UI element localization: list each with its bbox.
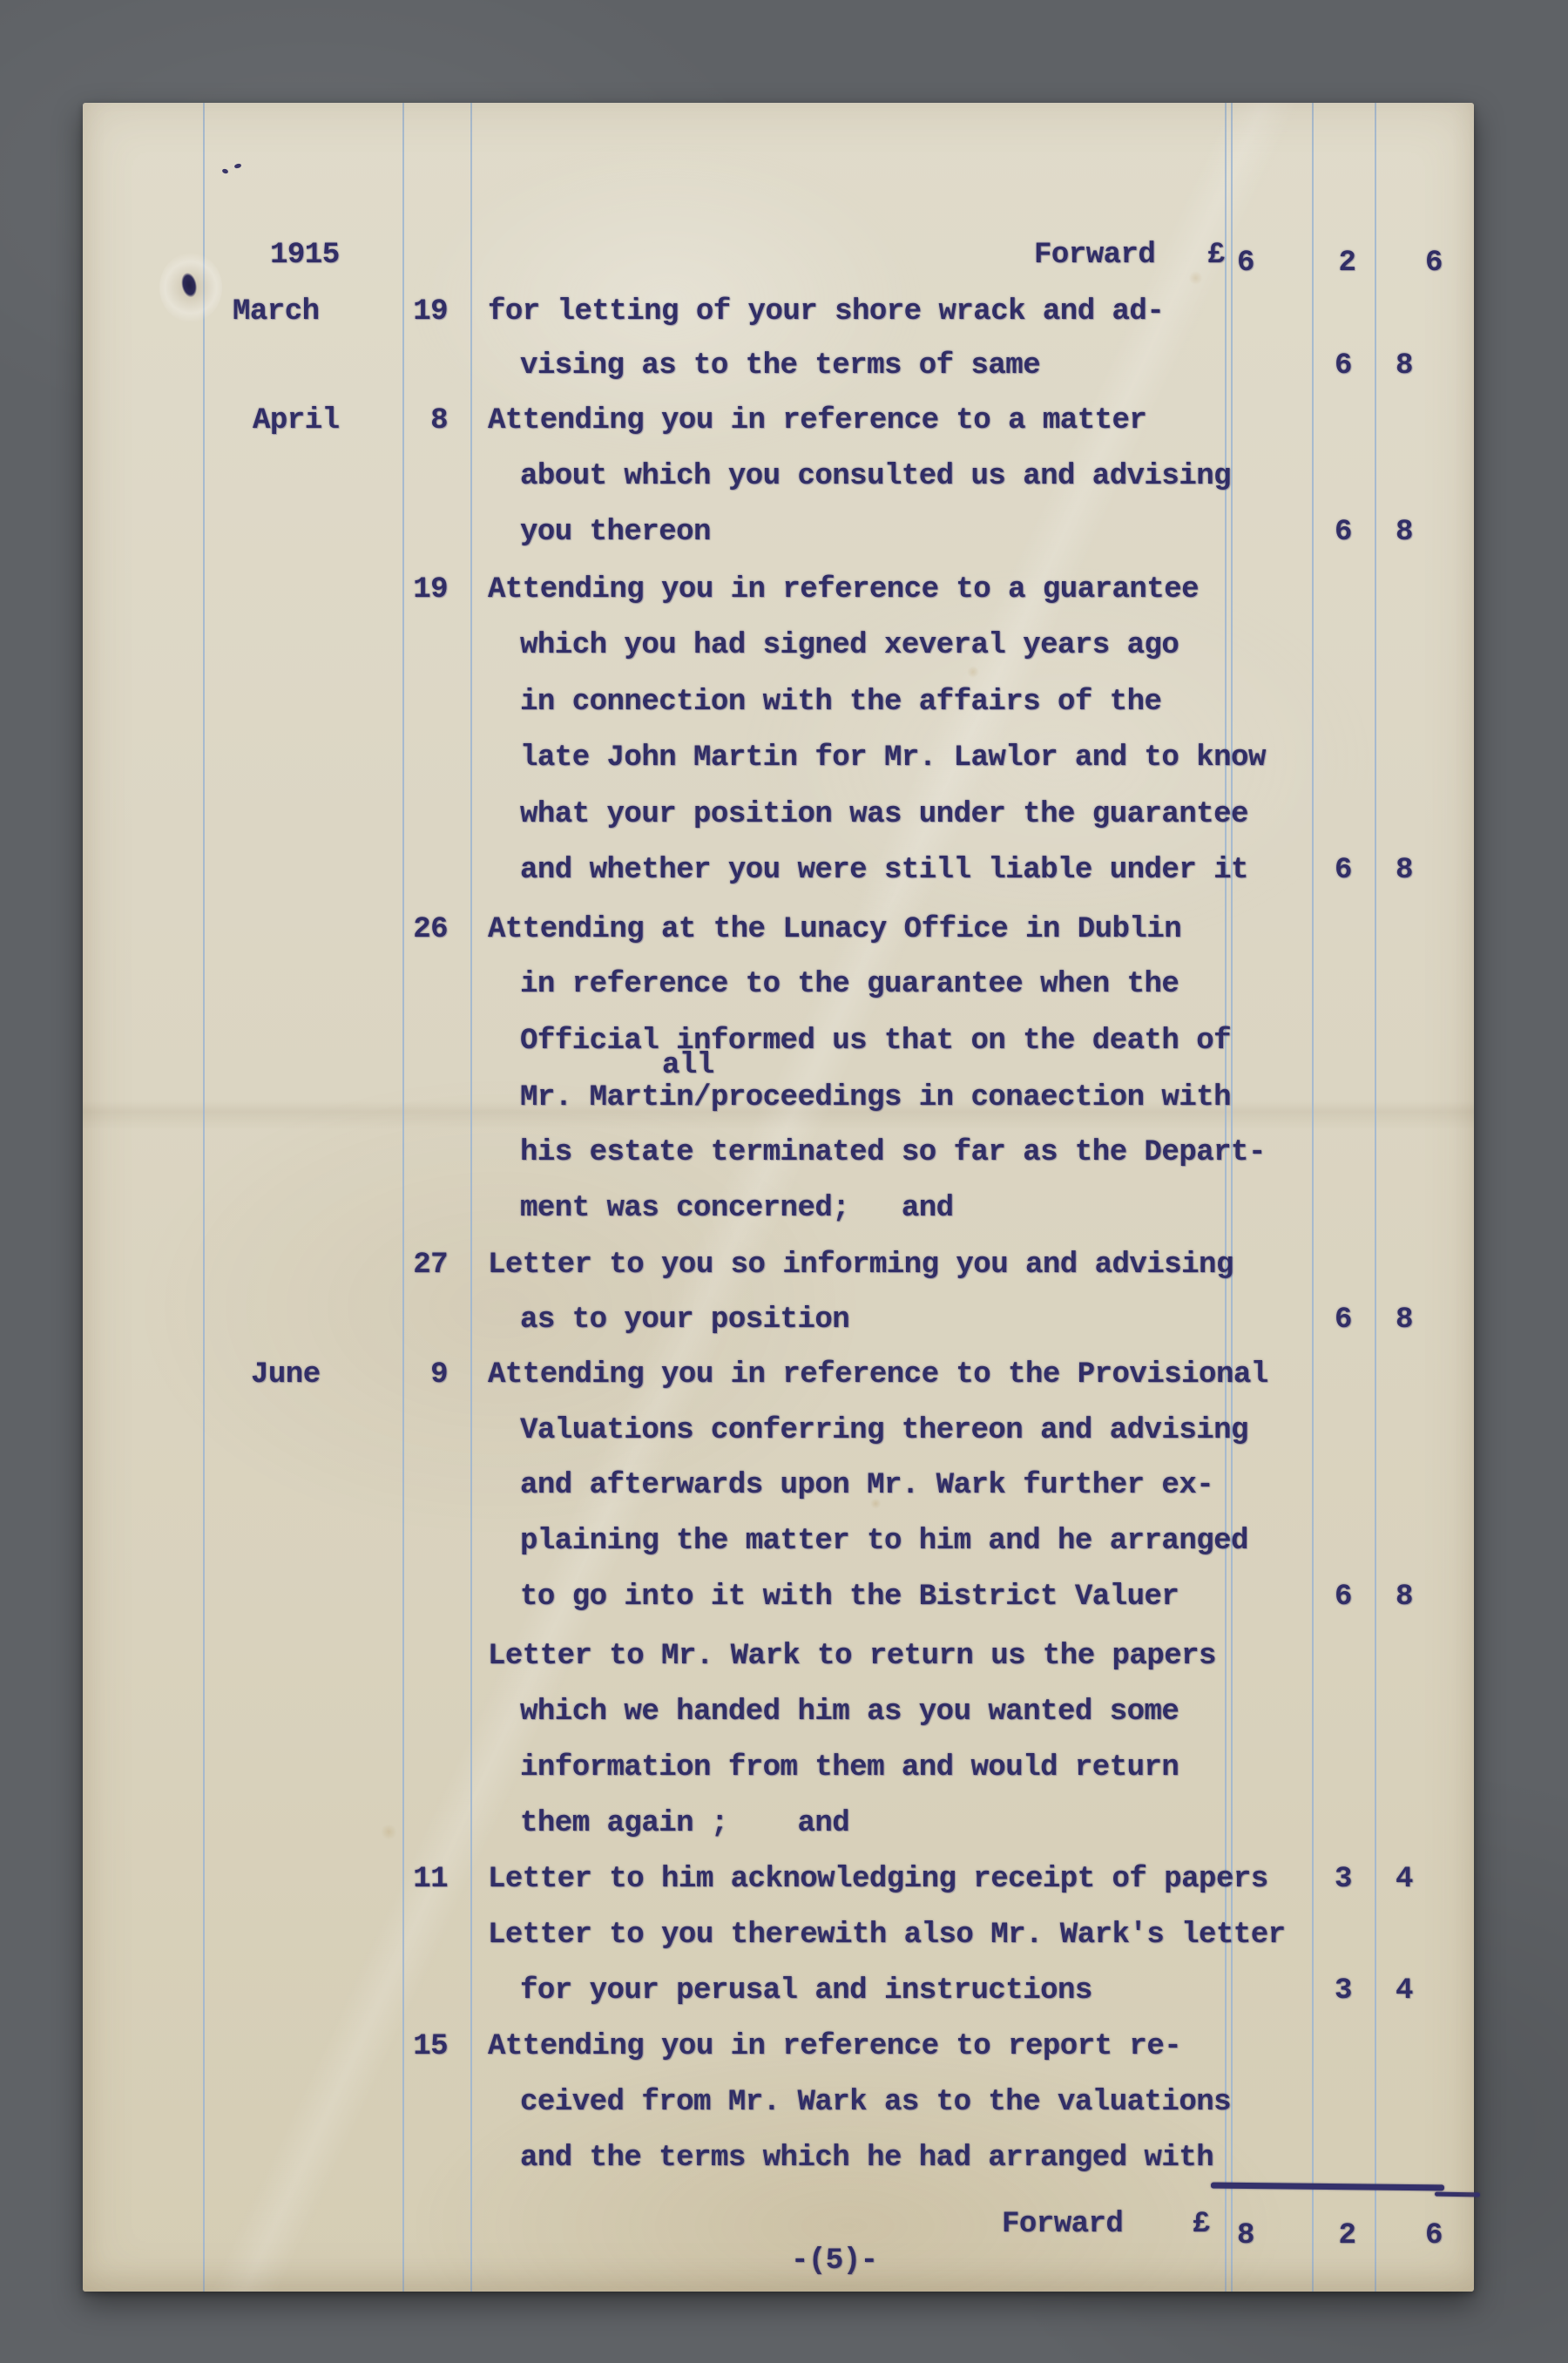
entry-line: which you had signed xeveral years ago bbox=[83, 628, 1474, 663]
day-number: 27 bbox=[385, 1248, 448, 1283]
entry-line: vising as to the terms of same 6 8 bbox=[83, 349, 1474, 383]
entry-line: April 8 Attending you in reference to a … bbox=[83, 403, 1474, 438]
day-number: 19 bbox=[385, 295, 448, 329]
entry-text: Attending you in reference to a matter bbox=[488, 403, 1146, 438]
entry-text: late John Martin for Mr. Lawlor and to k… bbox=[520, 741, 1266, 775]
day-number: 19 bbox=[385, 572, 448, 607]
entry-line: 26 Attending at the Lunacy Office in Dub… bbox=[83, 912, 1474, 947]
entry-text: as to your position bbox=[520, 1303, 849, 1337]
entry-text: Attending you in reference to a guarante… bbox=[488, 572, 1199, 607]
entry-line: Mr. Martin/proceedings in conaection wit… bbox=[83, 1080, 1474, 1115]
entry-line: 27 Letter to you so informing you and ad… bbox=[83, 1248, 1474, 1283]
pence-amount: 8 bbox=[1374, 853, 1435, 888]
entry-line: late John Martin for Mr. Lawlor and to k… bbox=[83, 741, 1474, 775]
entry-text: information from them and would return bbox=[520, 1750, 1179, 1785]
entry-text: them again ; and bbox=[520, 1806, 849, 1841]
shillings-amount: 2 bbox=[1339, 2219, 1356, 2252]
entry-text: which we handed him as you wanted some bbox=[520, 1695, 1179, 1730]
month-label: April bbox=[253, 403, 340, 438]
pounds-amount: 6 bbox=[1237, 247, 1254, 280]
entry-text: vising as to the terms of same bbox=[520, 349, 1040, 383]
entry-text: Attending you in reference to the Provis… bbox=[488, 1358, 1268, 1392]
page-number: -(5)- bbox=[791, 2245, 878, 2278]
day-number: 11 bbox=[385, 1862, 448, 1897]
pence-amount: 6 bbox=[1425, 2219, 1443, 2252]
shillings-amount: 6 bbox=[1313, 853, 1374, 888]
entry-line: March 19 for letting of your shore wrack… bbox=[83, 295, 1474, 329]
pence-amount: 4 bbox=[1374, 1974, 1435, 2008]
insertion-text: all bbox=[662, 1051, 714, 1080]
pence-amount: 8 bbox=[1374, 515, 1435, 550]
entry-text: Mr. Martin/proceedings in conaection wit… bbox=[520, 1080, 1231, 1115]
pence-amount: 6 bbox=[1425, 247, 1443, 280]
entry-text: what your position was under the guarant… bbox=[520, 797, 1248, 832]
entry-line: his estate terminated so far as the Depa… bbox=[83, 1135, 1474, 1170]
month-label: June bbox=[251, 1358, 321, 1392]
entry-line: Letter to Mr. Wark to return us the pape… bbox=[83, 1639, 1474, 1674]
entry-line: ment was concerned; and bbox=[83, 1191, 1474, 1226]
entry-text: in connection with the affairs of the bbox=[520, 685, 1161, 720]
entry-line: 11 Letter to him acknowledging receipt o… bbox=[83, 1862, 1474, 1897]
entry-text: ment was concerned; and bbox=[520, 1191, 954, 1226]
shillings-amount: 6 bbox=[1313, 1580, 1374, 1615]
entry-line: and whether you were still liable under … bbox=[83, 853, 1474, 888]
photograph-background: { "document": { "year": "1915", "page_nu… bbox=[0, 0, 1568, 2363]
entry-text: Letter to Mr. Wark to return us the pape… bbox=[488, 1639, 1216, 1674]
entry-text: Valuations conferring thereon and advisi… bbox=[520, 1413, 1248, 1448]
shillings-amount: 2 bbox=[1339, 247, 1356, 280]
pen-marks bbox=[222, 164, 248, 176]
entry-text: which you had signed xeveral years ago bbox=[520, 628, 1179, 663]
entry-line: 19 Attending you in reference to a guara… bbox=[83, 572, 1474, 607]
entry-text: ceived from Mr. Wark as to the valuation… bbox=[520, 2085, 1231, 2120]
entry-line: and afterwards upon Mr. Wark further ex- bbox=[83, 1468, 1474, 1503]
entry-text: about which you consulted us and advisin… bbox=[520, 459, 1231, 494]
entry-line: Letter to you therewith also Mr. Wark's … bbox=[83, 1918, 1474, 1953]
header-row: 1915 Forward £ 6 2 6 bbox=[83, 238, 1474, 273]
entry-text: you thereon bbox=[520, 515, 711, 550]
pounds-amount: 8 bbox=[1237, 2219, 1254, 2252]
entry-text: and whether you were still liable under … bbox=[520, 853, 1248, 888]
entry-text: in reference to the guarantee when the bbox=[520, 967, 1179, 1002]
entry-text: Attending you in reference to report re- bbox=[488, 2029, 1181, 2064]
shillings-amount: 6 bbox=[1313, 515, 1374, 550]
entry-line: to go into it with the Bistrict Valuer 6… bbox=[83, 1580, 1474, 1615]
entry-line: ceived from Mr. Wark as to the valuation… bbox=[83, 2085, 1474, 2120]
entry-line: you thereon 6 8 bbox=[83, 515, 1474, 550]
entry-text: Letter to you so informing you and advis… bbox=[488, 1248, 1233, 1283]
day-number: 8 bbox=[385, 403, 448, 438]
interlinear-insertion: all bbox=[83, 1051, 1474, 1080]
entry-line: for your perusal and instructions 3 4 bbox=[83, 1974, 1474, 2008]
entry-line: and the terms which he had arranged with bbox=[83, 2141, 1474, 2176]
forward-label: Forward £ bbox=[1002, 2207, 1210, 2242]
entry-line: 15 Attending you in reference to report … bbox=[83, 2029, 1474, 2064]
pence-amount: 4 bbox=[1374, 1862, 1435, 1897]
total-rule-tail bbox=[1435, 2192, 1480, 2197]
forward-label: Forward £ bbox=[1034, 238, 1225, 273]
footer-forward-row: Forward £ 8 2 6 bbox=[83, 2207, 1474, 2242]
entry-text: to go into it with the Bistrict Valuer bbox=[520, 1580, 1179, 1615]
entry-line: which we handed him as you wanted some bbox=[83, 1695, 1474, 1730]
entry-line: June 9 Attending you in reference to the… bbox=[83, 1358, 1474, 1392]
entry-text: for letting of your shore wrack and ad- bbox=[488, 295, 1164, 329]
pence-amount: 8 bbox=[1374, 349, 1435, 383]
entry-line: in connection with the affairs of the bbox=[83, 685, 1474, 720]
total-rule bbox=[1211, 2183, 1444, 2191]
day-number: 15 bbox=[385, 2029, 448, 2064]
entry-line: Valuations conferring thereon and advisi… bbox=[83, 1413, 1474, 1448]
pence-amount: 8 bbox=[1374, 1580, 1435, 1615]
entry-line: what your position was under the guarant… bbox=[83, 797, 1474, 832]
entry-text: Letter to him acknowledging receipt of p… bbox=[488, 1862, 1268, 1897]
month-label: March bbox=[233, 295, 320, 329]
entry-line: about which you consulted us and advisin… bbox=[83, 459, 1474, 494]
entry-text: and afterwards upon Mr. Wark further ex- bbox=[520, 1468, 1213, 1503]
entry-line: in reference to the guarantee when the bbox=[83, 967, 1474, 1002]
entry-line: as to your position 6 8 bbox=[83, 1303, 1474, 1337]
day-number: 9 bbox=[385, 1358, 448, 1392]
shillings-amount: 3 bbox=[1313, 1862, 1374, 1897]
entry-text: Attending at the Lunacy Office in Dublin bbox=[488, 912, 1181, 947]
shillings-amount: 6 bbox=[1313, 349, 1374, 383]
ledger-page: 1915 Forward £ 6 2 6 March 19 for lettin… bbox=[83, 103, 1474, 2292]
pence-amount: 8 bbox=[1374, 1303, 1435, 1337]
entry-line: information from them and would return bbox=[83, 1750, 1474, 1785]
entry-text: plaining the matter to him and he arrang… bbox=[520, 1524, 1248, 1559]
entry-line: them again ; and bbox=[83, 1806, 1474, 1841]
entry-text: his estate terminated so far as the Depa… bbox=[520, 1135, 1266, 1170]
year-label: 1915 bbox=[270, 238, 340, 273]
shillings-amount: 3 bbox=[1313, 1974, 1374, 2008]
shillings-amount: 6 bbox=[1313, 1303, 1374, 1337]
entry-text: Letter to you therewith also Mr. Wark's … bbox=[488, 1918, 1286, 1953]
entry-text: and the terms which he had arranged with bbox=[520, 2141, 1213, 2176]
entry-text: for your perusal and instructions bbox=[520, 1974, 1092, 2008]
entry-line: plaining the matter to him and he arrang… bbox=[83, 1524, 1474, 1559]
day-number: 26 bbox=[385, 912, 448, 947]
